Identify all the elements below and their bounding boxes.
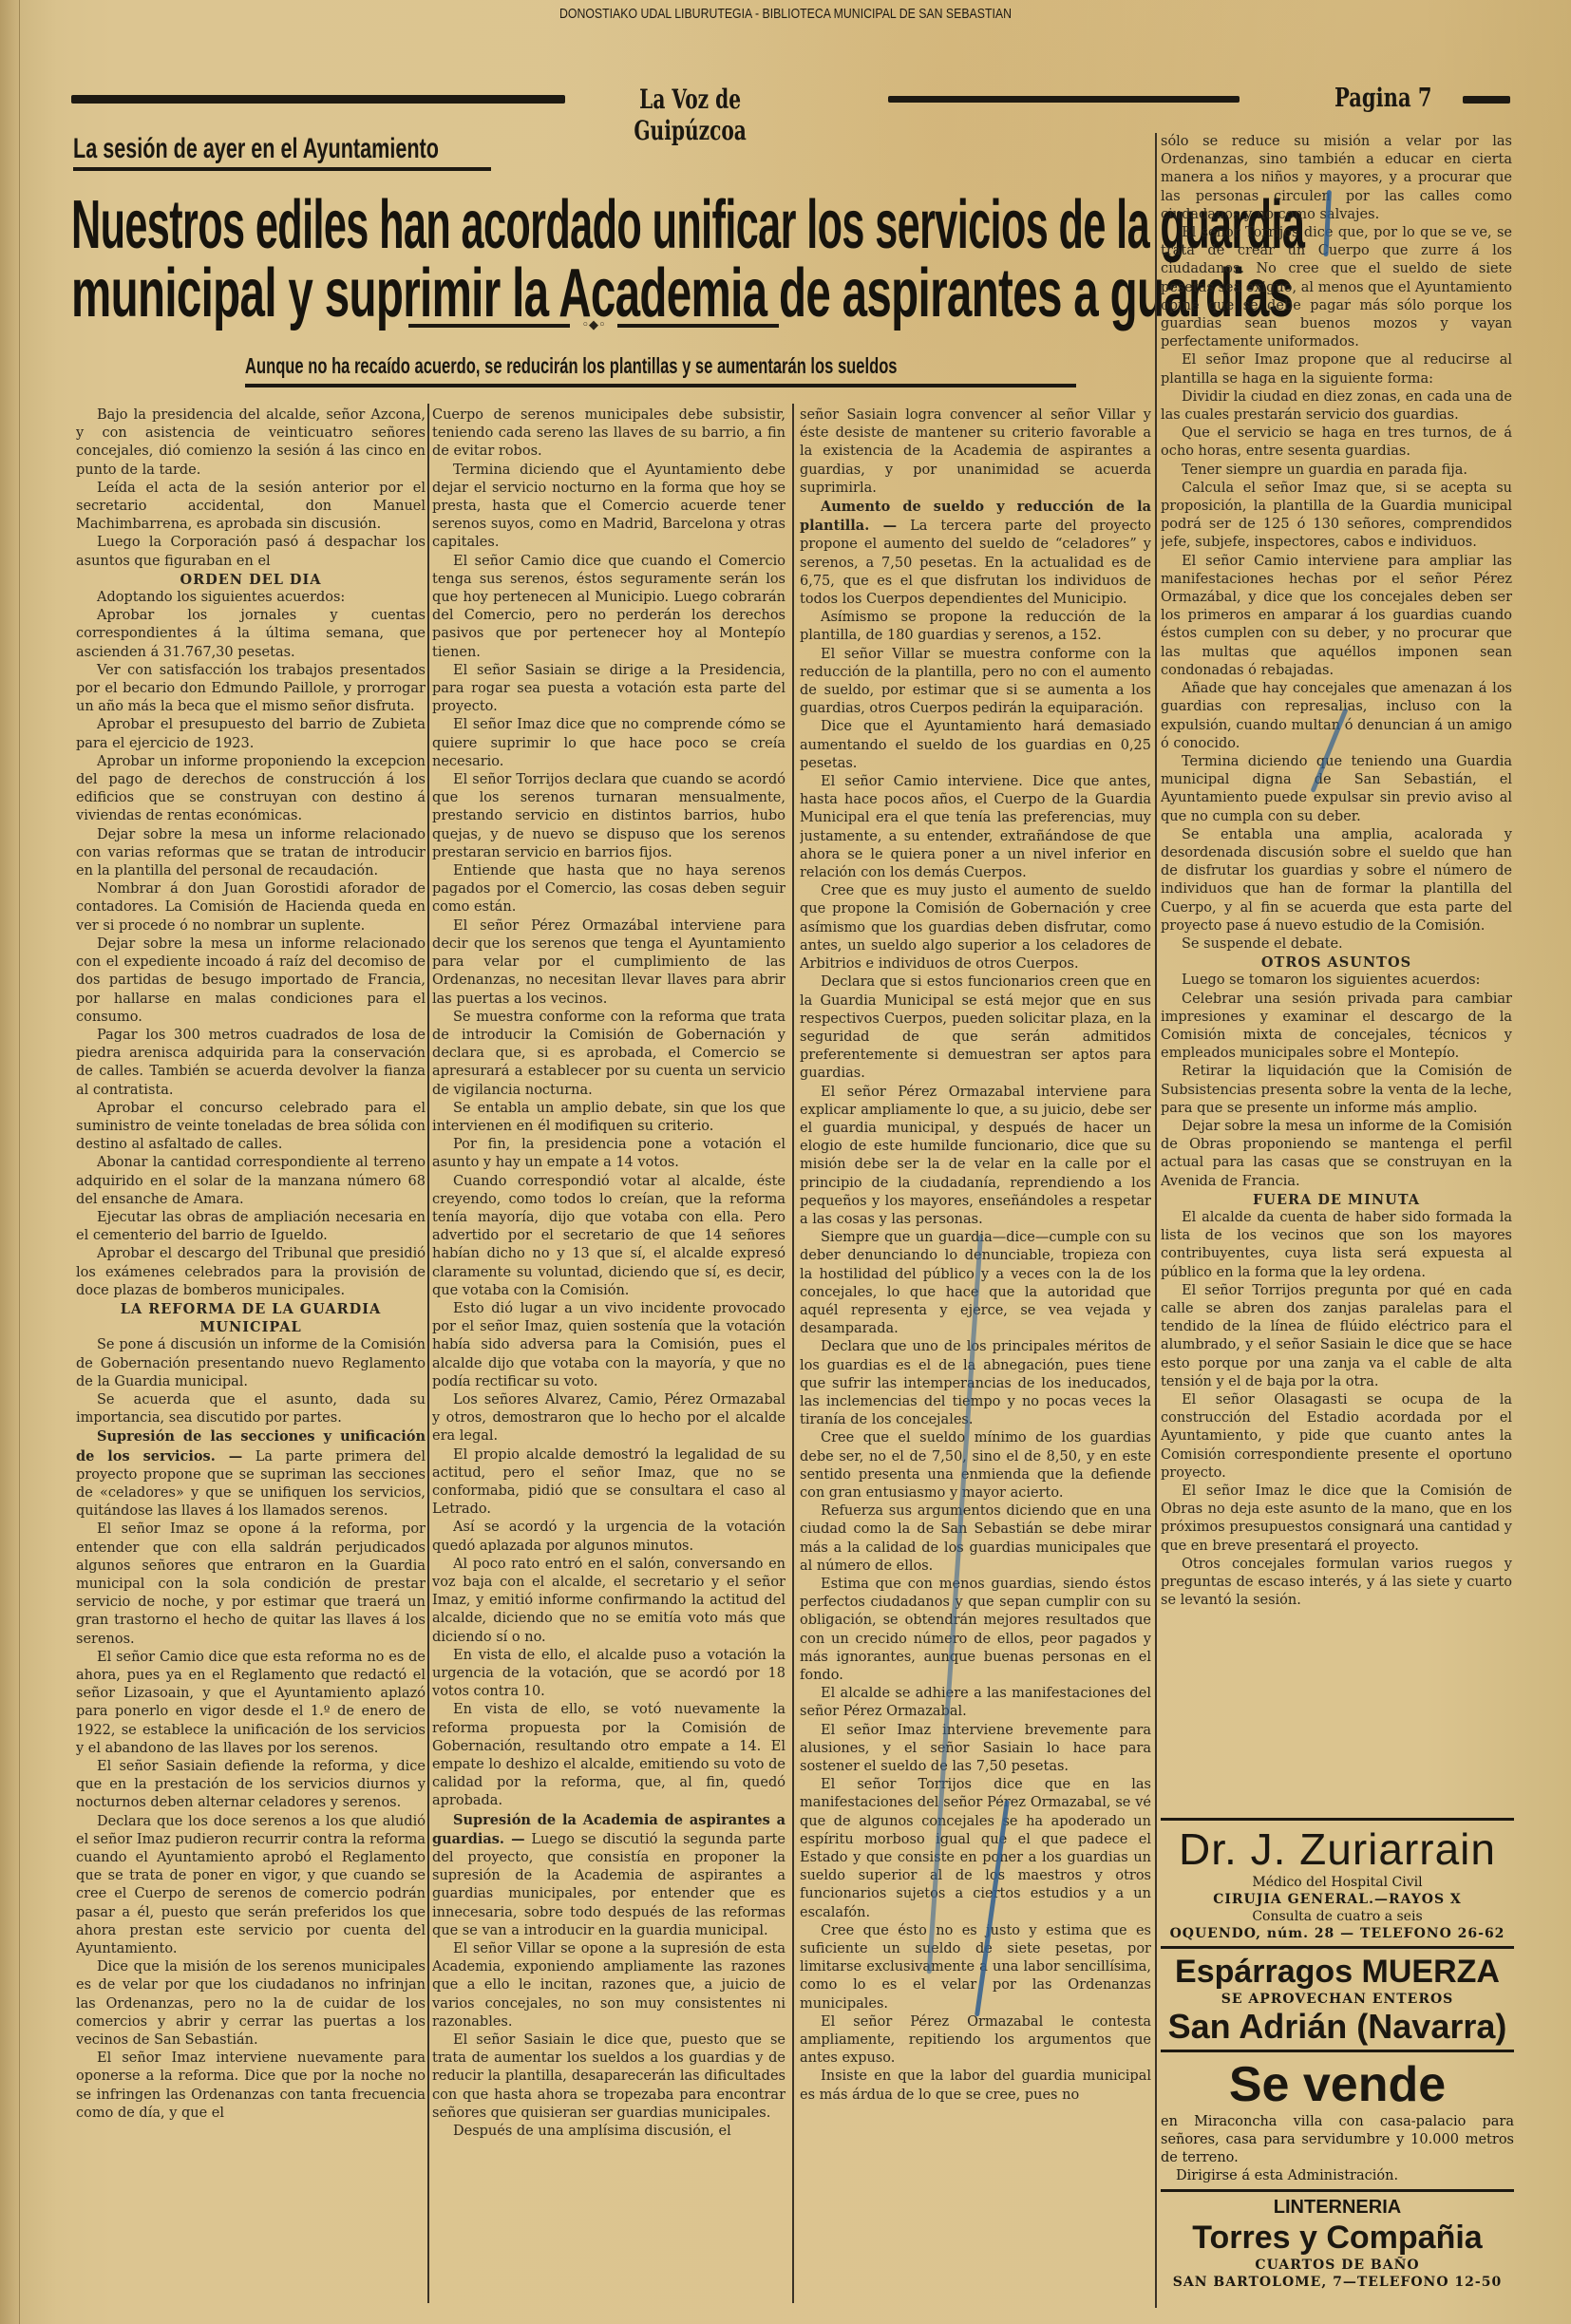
- article-paragraph: El señor Imaz interviene nuevamente para…: [76, 2050, 426, 2123]
- article-paragraph: El señor Villar se muestra conforme con …: [800, 646, 1151, 719]
- article-paragraph: El señor Camio interviene. Dice que ante…: [800, 773, 1151, 882]
- section-heading: OTROS ASUNTOS: [1161, 954, 1512, 972]
- archive-header: DONOSTIAKO UDAL LIBURUTEGIA - BIBLIOTECA…: [142, 6, 1429, 22]
- article-paragraph: El señor Imaz interviene brevemente para…: [800, 1722, 1151, 1777]
- paragraph-lead: Supresión de la Academia de aspirantes a…: [432, 1812, 785, 1847]
- masthead-rule-right: [1463, 96, 1510, 104]
- article-paragraph: El señor Sasiain defiende la reforma, y …: [76, 1758, 426, 1813]
- article-paragraph: Abonar la cantidad correspondiente al te…: [76, 1154, 426, 1209]
- ad-divider: [1161, 1818, 1514, 1821]
- ad-doctor-line: Consulta de cuatro a seis: [1161, 1908, 1514, 1925]
- article-paragraph: Dice que el Ayuntamiento hará demasiado …: [800, 718, 1151, 773]
- article-paragraph: Pagar los 300 metros cuadrados de losa d…: [76, 1027, 426, 1100]
- article-paragraph: El señor Camio interviene para ampliar l…: [1161, 553, 1512, 680]
- article-paragraph: Nombrar á don Juan Gorostidi aforador de…: [76, 880, 426, 935]
- article-paragraph: Dividir la ciudad en diez zonas, en cada…: [1161, 388, 1512, 425]
- article-paragraph: El señor Imaz se opone á la reforma, por…: [76, 1521, 426, 1648]
- article-paragraph: Al poco rato entró en el salón, conversa…: [432, 1556, 785, 1647]
- article-paragraph: Dejar sobre la mesa un informe relaciona…: [76, 935, 426, 1027]
- ad-doctor-name: Dr. J. Zuriarrain: [1161, 1824, 1514, 1874]
- article-paragraph: Dejar sobre la mesa un informe de la Com…: [1161, 1118, 1512, 1191]
- article-paragraph: Luego se tomaron los siguientes acuerdos…: [1161, 972, 1512, 990]
- paragraph-lead: Supresión de las secciones y unificación…: [76, 1428, 426, 1464]
- article-paragraph: Cuerpo de serenos municipales debe subsi…: [432, 406, 785, 462]
- article-paragraph: Por fin, la presidencia pone a votación …: [432, 1136, 785, 1172]
- ad-doctor-address: OQUENDO, núm. 28 — TELEFONO 26-62: [1161, 1925, 1514, 1942]
- article-paragraph: El señor Pérez Ormazábal interviene para…: [432, 917, 785, 1009]
- ad-sale-contact: Dirigirse á esta Administración.: [1161, 2167, 1514, 2185]
- kicker-underline: [73, 167, 491, 171]
- article-paragraph: Entiende que hasta que no haya serenos p…: [432, 862, 785, 917]
- article-paragraph: Supresión de las secciones y unificación…: [76, 1427, 426, 1521]
- ad-doctor-line: CIRUJIA GENERAL.—RAYOS X: [1161, 1891, 1514, 1908]
- masthead-rule-middle: [888, 96, 1240, 103]
- section-heading: ORDEN DEL DIA: [76, 571, 426, 589]
- article-paragraph: Asímismo se propone la reducción de la p…: [800, 609, 1151, 645]
- article-paragraph: Supresión de la Academia de aspirantes a…: [432, 1811, 785, 1940]
- newspaper-name: La Voz de Guipúzcoa: [584, 84, 796, 146]
- article-paragraph: Insiste en que la labor del guardia muni…: [800, 2068, 1151, 2104]
- article-paragraph: Añade que hay concejales que amenazan á …: [1161, 680, 1512, 753]
- article-paragraph: Aprobar un informe proponiendo la excepc…: [76, 753, 426, 826]
- page-binding-edge: [0, 0, 20, 2324]
- article-paragraph: En vista de ello, el alcalde puso a vota…: [432, 1647, 785, 1702]
- article-paragraph: Adoptando los siguientes acuerdos:: [76, 589, 426, 607]
- article-paragraph: Luego la Corporación pasó á despachar lo…: [76, 534, 426, 570]
- article-paragraph: Refuerza sus argumentos diciendo que en …: [800, 1502, 1151, 1576]
- ornament-icon: ◦◆◦: [570, 319, 617, 332]
- article-paragraph: sólo se reduce su misión a velar por las…: [1161, 133, 1512, 224]
- article-paragraph: Cree que el sueldo mínimo de los guardia…: [800, 1429, 1151, 1502]
- article-paragraph: Se pone á discusión un informe de la Com…: [76, 1336, 426, 1391]
- article-paragraph: En vista de ello, se votó nuevamente la …: [432, 1701, 785, 1810]
- ad-asparagus-brand: Espárragos MUERZA: [1161, 1953, 1514, 1991]
- article-paragraph: El señor Olasagasti se ocupa de la const…: [1161, 1391, 1512, 1483]
- masthead-rule-left: [71, 95, 565, 104]
- ad-doctor: Dr. J. Zuriarrain Médico del Hospital Ci…: [1161, 1824, 1514, 1942]
- article-paragraph: El señor Camio dice que cuando el Comerc…: [432, 553, 785, 662]
- article-column-1: Bajo la presidencia del alcalde, señor A…: [76, 406, 426, 2306]
- ad-asparagus: Espárragos MUERZA SE APROVECHAN ENTEROS …: [1161, 1953, 1514, 2046]
- article-paragraph: Los señores Alvarez, Camio, Pérez Ormaza…: [432, 1391, 785, 1446]
- article-paragraph: El alcalde da cuenta de haber sido forma…: [1161, 1209, 1512, 1282]
- column-rule: [427, 404, 429, 2303]
- article-paragraph: El señor Imaz propone que al reducirse a…: [1161, 351, 1512, 387]
- article-paragraph: Retirar la liquidación que la Comisión d…: [1161, 1063, 1512, 1118]
- article-paragraph: Ejecutar las obras de ampliación necesar…: [76, 1209, 426, 1245]
- article-paragraph: Aprobar el concurso celebrado para el su…: [76, 1100, 426, 1155]
- column-rule: [792, 404, 794, 2303]
- page-number: Pagina 7: [1334, 84, 1432, 113]
- article-paragraph: El señor Pérez Ormazabal interviene para…: [800, 1084, 1151, 1230]
- article-paragraph: Cree que ésto no es justo y estima que e…: [800, 1922, 1151, 2013]
- subheadline-underline: [245, 384, 1076, 387]
- article-paragraph: Dice que la misión de los serenos munici…: [76, 1958, 426, 2050]
- article-paragraph: Se acuerda que el asunto, dada su import…: [76, 1391, 426, 1427]
- ad-sale: Se vende en Miraconcha villa con casa-pa…: [1161, 2056, 1514, 2185]
- article-paragraph: Después de una amplísima discusión, el: [432, 2123, 785, 2141]
- ad-divider: [1161, 1946, 1514, 1949]
- ad-lantern-company: Torres y Compañia: [1161, 2219, 1514, 2257]
- article-paragraph: Termina diciendo que teniendo una Guardi…: [1161, 753, 1512, 826]
- article-paragraph: El señor Torrijos declara que cuando se …: [432, 771, 785, 862]
- headline-line-1: Nuestros ediles han acordado unificar lo…: [71, 186, 1304, 264]
- article-paragraph: Que el servicio se haga en tres turnos, …: [1161, 425, 1512, 461]
- masthead: La Voz de Guipúzcoa Pagina 7: [71, 85, 1520, 114]
- article-paragraph: Se suspende el debate.: [1161, 935, 1512, 954]
- paragraph-lead: Aumento de sueldo y reducción de la plan…: [800, 499, 1151, 534]
- article-paragraph: Estima que con menos guardias, siendo és…: [800, 1576, 1151, 1685]
- ad-lantern-address: SAN BARTOLOME, 7—TELEFONO 12-50: [1161, 2274, 1514, 2291]
- ad-lantern: LINTERNERIA Torres y Compañia CUARTOS DE…: [1161, 2196, 1514, 2291]
- article-paragraph: Otros concejales formulan varios ruegos …: [1161, 1556, 1512, 1611]
- article-paragraph: Declara que uno de los principales mérit…: [800, 1338, 1151, 1429]
- article-paragraph: El señor Camio dice que esta reforma no …: [76, 1649, 426, 1758]
- column-rule: [1155, 133, 1157, 2308]
- article-paragraph: El señor Imaz dice que no comprende cómo…: [432, 716, 785, 771]
- article-paragraph: Tener siempre un guardia en parada fija.: [1161, 462, 1512, 480]
- article-paragraph: Aprobar los jornales y cuentas correspon…: [76, 607, 426, 662]
- article-kicker: La sesión de ayer en el Ayuntamiento: [73, 133, 439, 165]
- article-paragraph: Cuando correspondió votar al alcalde, és…: [432, 1173, 785, 1300]
- article-paragraph: El señor Torrijos dice que, por lo que s…: [1161, 224, 1512, 351]
- article-column-4: sólo se reduce su misión a velar por las…: [1161, 133, 1512, 1776]
- article-paragraph: El señor Villar se opone a la supresión …: [432, 1940, 785, 2031]
- ad-asparagus-place: San Adrián (Navarra): [1161, 2008, 1514, 2046]
- article-paragraph: El señor Imaz le dice que la Comisión de…: [1161, 1483, 1512, 1556]
- article-column-3: señor Sasiain logra convencer al señor V…: [800, 406, 1151, 2306]
- ad-sale-title: Se vende: [1161, 2056, 1514, 2113]
- article-column-2: Cuerpo de serenos municipales debe subsi…: [432, 406, 785, 2306]
- article-paragraph: Ver con satisfacción los trabajos presen…: [76, 662, 426, 717]
- article-paragraph: Declara que los doce serenos a los que a…: [76, 1813, 426, 1959]
- article-paragraph: El propio alcalde demostró la legalidad …: [432, 1446, 785, 1520]
- article-paragraph: Aprobar el presupuesto del barrio de Zub…: [76, 716, 426, 752]
- ad-sale-body: en Miraconcha villa con casa-palacio par…: [1161, 2113, 1514, 2167]
- article-paragraph: El señor Sasiain se dirige a la Presiden…: [432, 662, 785, 717]
- article-paragraph: Se muestra conforme con la reforma que t…: [432, 1009, 785, 1100]
- article-paragraph: Cree que es muy justo el aumento de suel…: [800, 882, 1151, 973]
- article-paragraph: Leída el acta de la sesión anterior por …: [76, 480, 426, 535]
- article-paragraph: Así se acordó y la urgencia de la votaci…: [432, 1519, 785, 1555]
- ad-divider: [1161, 2050, 1514, 2052]
- article-paragraph: señor Sasiain logra convencer al señor V…: [800, 406, 1151, 498]
- article-paragraph: El señor Pérez Ormazabal le contesta amp…: [800, 2013, 1151, 2069]
- article-paragraph: Dejar sobre la mesa un informe relaciona…: [76, 826, 426, 881]
- ad-doctor-line: Médico del Hospital Civil: [1161, 1874, 1514, 1891]
- article-paragraph: El señor Torrijos dice que en las manife…: [800, 1776, 1151, 1922]
- article-paragraph: El señor Sasiain le dice que, puesto que…: [432, 2031, 785, 2123]
- article-paragraph: Aumento de sueldo y reducción de la plan…: [800, 498, 1151, 609]
- article-paragraph: Se entabla una amplia, acalorada y desor…: [1161, 826, 1512, 935]
- article-paragraph: Calcula el señor Imaz que, si se acepta …: [1161, 480, 1512, 553]
- section-heading: LA REFORMA DE LA GUARDIA MUNICIPAL: [76, 1300, 426, 1336]
- ad-asparagus-tagline: SE APROVECHAN ENTEROS: [1161, 1991, 1514, 2008]
- article-paragraph: El señor Torrijos pregunta por qué en ca…: [1161, 1282, 1512, 1391]
- article-paragraph: El alcalde se adhiere a las manifestacio…: [800, 1685, 1151, 1721]
- ad-lantern-service: CUARTOS DE BAÑO: [1161, 2257, 1514, 2274]
- article-paragraph: Celebrar una sesión privada para cambiar…: [1161, 991, 1512, 1064]
- section-heading: FUERA DE MINUTA: [1161, 1191, 1512, 1209]
- article-paragraph: Aprobar el descargo del Tribunal que pre…: [76, 1245, 426, 1300]
- article-paragraph: Esto dió lugar a un vivo incidente provo…: [432, 1300, 785, 1391]
- article-paragraph: Declara que si estos funcionarios creen …: [800, 973, 1151, 1083]
- advertisements: Dr. J. Zuriarrain Médico del Hospital Ci…: [1161, 1814, 1514, 2291]
- article-paragraph: Bajo la presidencia del alcalde, señor A…: [76, 406, 426, 480]
- article-subheadline: Aunque no ha recaído acuerdo, se reducir…: [245, 353, 898, 379]
- article-paragraph: Se entabla un amplio debate, sin que los…: [432, 1100, 785, 1136]
- ad-lantern-category: LINTERNERIA: [1161, 2196, 1514, 2219]
- ad-divider: [1161, 2189, 1514, 2192]
- article-paragraph: Termina diciendo que el Ayuntamiento deb…: [432, 462, 785, 553]
- ornament-divider: ◦◆◦: [408, 319, 779, 332]
